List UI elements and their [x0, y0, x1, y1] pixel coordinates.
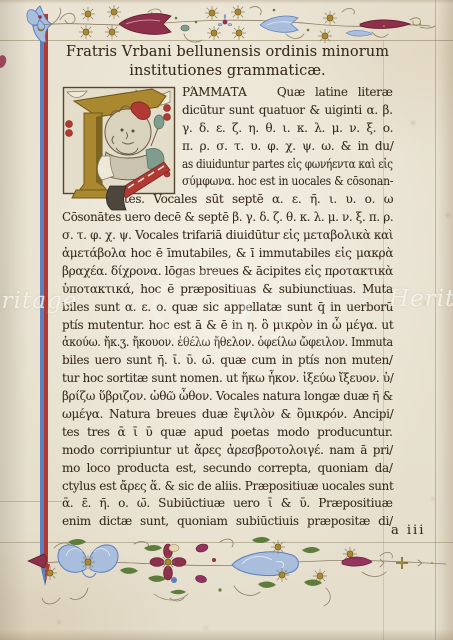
- text-line-17: tur hoc sortitæ sunt nomen. ut ἥκω ἧκον.…: [62, 370, 393, 388]
- green-leaf-icon: [148, 575, 166, 581]
- text-line-12: ὑποτακτικά, hoc ē præpositiuas & subiunc…: [62, 281, 393, 299]
- text-line-11: βραχέα. δίχρονα. lōgas breues & ācipites…: [62, 263, 393, 281]
- text-line-16: biles uero sunt η̄. ῑ. ῡ. ω̄. quæ cum in…: [62, 352, 393, 370]
- left-border-bar-red: [44, 14, 48, 566]
- text-line-10: ἀμετάβολα hoc ē īmutabiles, & ī immutabi…: [62, 245, 393, 263]
- pink-bud-icon: [195, 543, 209, 553]
- text-line-18: βρίζω ὕβριζον. ὠθῶ ὦθον. Vocales natura …: [62, 388, 393, 406]
- text-line-13: biles sunt α. ε. ο. quæ sic appellatæ su…: [62, 299, 393, 317]
- text-line-9: σ. τ. φ. χ. ψ. Vocales trifariā diuidūtu…: [62, 227, 393, 245]
- text-line-23: ctylus est ἄρες ἅ. & sic de aliis. Præpo…: [62, 478, 393, 496]
- blue-tulip-icon: [260, 16, 298, 32]
- text-line-4: π. ρ. σ. τ. υ. φ. χ. ψ. ω. & in du/: [182, 138, 393, 156]
- left-arrow-tip-icon: [28, 554, 46, 568]
- gold-cross-icon: [396, 557, 408, 569]
- text-line-15: ἀκούω. ἤκ.ʒ. ἤκουον. ἐθέλω ἤθελον. ὀφείλ…: [62, 334, 393, 352]
- green-leaf-icon: [304, 579, 322, 585]
- text-line-21: modo corripiuntur ut ἄρες ἀρεσβροτολοιγέ…: [62, 442, 393, 460]
- title-line-2: institutiones grammaticæ.: [62, 62, 393, 81]
- green-leaf-icon: [120, 567, 138, 573]
- page-edge-bottom: [0, 629, 453, 640]
- green-leaf-icon: [68, 539, 86, 545]
- text-line-25: enim dictæ sunt, quoniam subiūctiuis præ…: [62, 513, 393, 531]
- cream-bud-icon: [169, 544, 179, 551]
- crimson-leaf-icon: [360, 20, 410, 29]
- text-line-19: ωμέγα. Natura breues duæ ἒψιλὸν & ὂμικρό…: [62, 406, 393, 424]
- teal-bud-icon: [181, 25, 189, 31]
- blue-tulip-icon: [232, 552, 298, 576]
- text-line-3: γ. δ. ε. ζ. η. θ. ι. κ. λ. μ. ν. ξ. ο.: [182, 120, 393, 138]
- text-line-6: σύμφωνα. hoc est in uocales & cōsonan-: [182, 173, 393, 191]
- bottom-floral-border: [24, 536, 448, 614]
- crimson-tulip-icon: [119, 14, 171, 35]
- page-heading: Fratris Vrbani bellunensis ordinis minor…: [62, 43, 393, 80]
- pink-bud-icon: [195, 574, 207, 583]
- text-line-1: ΡΆΜΜΑΤΑ Quæ latine literæ: [182, 84, 393, 102]
- illuminated-initial-gamma: [62, 86, 176, 212]
- text-line-5: as diuiduntur partes εἰς φωνήεντα καὶ εἰ…: [182, 156, 393, 174]
- signature-mark: a iii: [391, 523, 425, 538]
- text-block: ΡΆΜΜΑΤΑ Quæ latine literædicūtur sunt qu…: [62, 84, 393, 531]
- title-line-1: Fratris Vrbani bellunensis ordinis minor…: [62, 43, 393, 62]
- magenta-leaf-icon: [342, 557, 372, 566]
- lightblue-leaf-icon: [346, 30, 372, 36]
- green-leaf-icon: [170, 590, 186, 595]
- blue-flower-icon: [27, 10, 45, 30]
- text-line-14: ptís mutentur. hoc est ā & ē in η. ὃ μικ…: [62, 317, 393, 335]
- green-leaf-icon: [252, 537, 270, 543]
- blue-dot-icon: [171, 577, 177, 583]
- manuscript-page: Fratris Vrbani bellunensis ordinis minor…: [0, 0, 453, 640]
- green-leaf-icon: [302, 547, 320, 553]
- text-line-22: mo loco producta est, secundo correpta, …: [62, 460, 393, 478]
- text-line-2: dicūtur sunt quatuor & uiginti α. β.: [182, 102, 393, 120]
- text-line-24: ᾱ. ε̄. η̄. ο. ω̄. Subiūctiuæ uero ῑ & ῡ.…: [62, 495, 393, 513]
- text-line-20: tes tres ᾱ ῑ ῡ quæ apud poetas modo prod…: [62, 424, 393, 442]
- green-leaf-icon: [258, 581, 276, 587]
